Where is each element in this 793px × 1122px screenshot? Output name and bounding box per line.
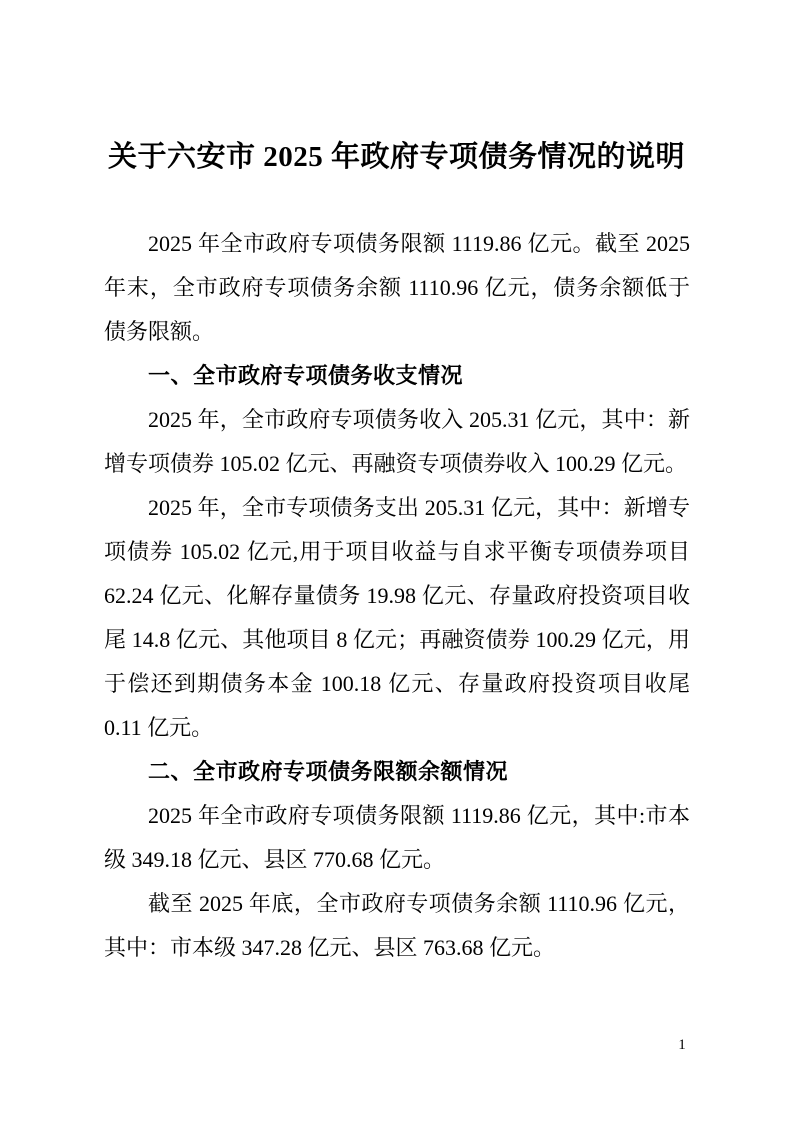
paragraph-debt-income: 2025 年，全市政府专项债务收入 205.31 亿元，其中：新增专项债券 10… <box>104 398 690 486</box>
paragraph-debt-expenditure: 2025 年，全市专项债务支出 205.31 亿元，其中：新增专项债券 105.… <box>104 486 690 750</box>
page-number: 1 <box>672 1035 692 1055</box>
paragraph-balance-breakdown: 截至 2025 年底，全市政府专项债务余额 1110.96 亿元，其中：市本级 … <box>104 882 690 970</box>
paragraph-debt-overview: 2025 年全市政府专项债务限额 1119.86 亿元。截至 2025 年末，全… <box>104 222 690 354</box>
document-title: 关于六安市 2025 年政府专项债务情况的说明 <box>104 135 689 179</box>
section-heading-revenue-expenditure: 一、全市政府专项债务收支情况 <box>104 354 690 398</box>
document-page: 关于六安市 2025 年政府专项债务情况的说明 2025 年全市政府专项债务限额… <box>0 0 793 1122</box>
section-heading-limit-balance: 二、全市政府专项债务限额余额情况 <box>104 750 690 794</box>
paragraph-limit-breakdown: 2025 年全市政府专项债务限额 1119.86 亿元，其中:市本级 349.1… <box>104 794 690 882</box>
document-body: 2025 年全市政府专项债务限额 1119.86 亿元。截至 2025 年末，全… <box>104 222 690 970</box>
